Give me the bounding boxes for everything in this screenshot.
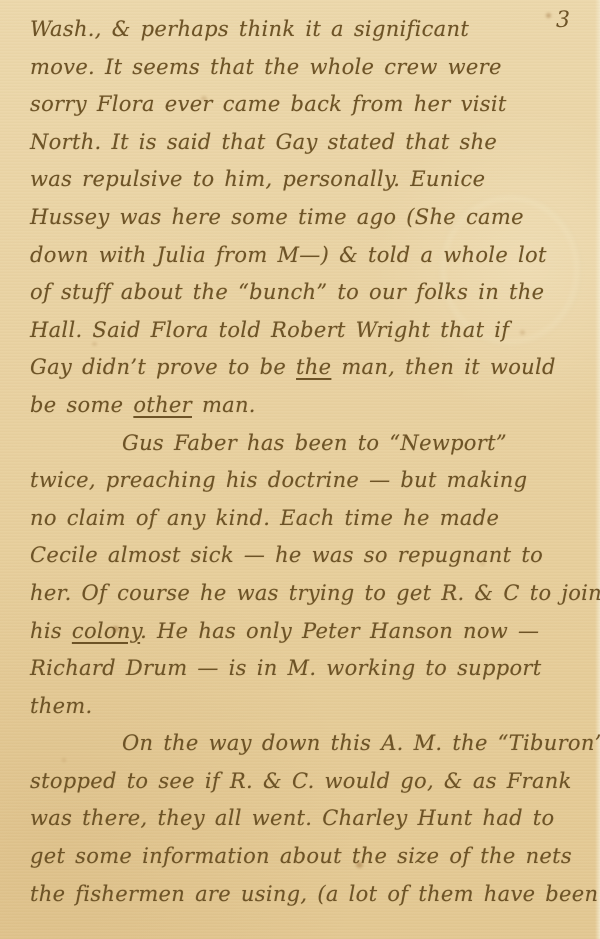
letter-line: stopped to see if R. & C. would go, & as…: [30, 763, 588, 801]
line-text: move. It seems that the whole crew were: [30, 55, 502, 79]
line-text: the fishermen are using, (a lot of them …: [30, 882, 598, 906]
letter-line: Richard Drum — is in M. working to suppo…: [30, 650, 588, 688]
letter-line: down with Julia from M—) & told a whole …: [30, 237, 588, 275]
line-text: Gay didn’t prove to be: [30, 355, 296, 379]
line-text: . He has only Peter Hanson now —: [140, 619, 539, 643]
letter-lines: Wash., & perhaps think it a significantm…: [30, 11, 588, 913]
line-text: of stuff about the “bunch” to our folks …: [30, 280, 544, 304]
line-text: Hussey was here some time ago (She came: [30, 205, 524, 229]
line-text: his: [30, 619, 72, 643]
letter-line: his colony. He has only Peter Hanson now…: [30, 613, 588, 651]
letter-line: get some information about the size of t…: [30, 838, 588, 876]
letter-line: move. It seems that the whole crew were: [30, 49, 588, 87]
letter-line: Hussey was here some time ago (She came: [30, 199, 588, 237]
line-text: Gus Faber has been to “Newport”: [122, 431, 507, 455]
line-text: Richard Drum — is in M. working to suppo…: [30, 656, 542, 680]
line-text: get some information about the size of t…: [30, 844, 572, 868]
line-text: man, then it would: [331, 355, 555, 379]
line-text: Hall. Said Flora told Robert Wright that…: [30, 318, 509, 342]
letter-line: her. Of course he was trying to get R. &…: [30, 575, 588, 613]
line-text: down with Julia from M—) & told a whole …: [30, 243, 547, 267]
letter-line: Gay didn’t prove to be the man, then it …: [30, 349, 588, 387]
underlined-word: colony: [72, 619, 140, 643]
letter-line: sorry Flora ever came back from her visi…: [30, 86, 588, 124]
line-text: no claim of any kind. Each time he made: [30, 506, 499, 530]
line-text: stopped to see if R. & C. would go, & as…: [30, 769, 572, 793]
underlined-word: other: [133, 393, 192, 417]
letter-line: Hall. Said Flora told Robert Wright that…: [30, 312, 588, 350]
letter-line: Wash., & perhaps think it a significant: [30, 11, 588, 49]
line-text: man.: [192, 393, 256, 417]
line-text: North. It is said that Gay stated that s…: [30, 130, 497, 154]
line-text: was repulsive to him, personally. Eunice: [30, 167, 485, 191]
underlined-word: the: [296, 355, 331, 379]
letter-line: no claim of any kind. Each time he made: [30, 500, 588, 538]
letter-line: North. It is said that Gay stated that s…: [30, 124, 588, 162]
letter-line: was there, they all went. Charley Hunt h…: [30, 800, 588, 838]
line-text: twice, preaching his doctrine — but maki…: [30, 468, 527, 492]
letter-line: Gus Faber has been to “Newport”: [30, 425, 588, 463]
line-text: On the way down this A. M. the “Tiburon”: [122, 731, 600, 755]
letter-line: be some other man.: [30, 387, 588, 425]
line-text: be some: [30, 393, 133, 417]
letter-line: Cecile almost sick — he was so repugnant…: [30, 537, 588, 575]
letter-line: them.: [30, 688, 588, 726]
letter-line: the fishermen are using, (a lot of them …: [30, 876, 588, 914]
line-text: them.: [30, 694, 92, 718]
line-text: was there, they all went. Charley Hunt h…: [30, 806, 555, 830]
line-text: her. Of course he was trying to get R. &…: [30, 581, 600, 605]
line-text: Wash., & perhaps think it a significant: [30, 17, 469, 41]
line-text: Cecile almost sick — he was so repugnant…: [30, 543, 543, 567]
line-text: sorry Flora ever came back from her visi…: [30, 92, 507, 116]
letter-line: was repulsive to him, personally. Eunice: [30, 161, 588, 199]
letter-line: On the way down this A. M. the “Tiburon”: [30, 725, 588, 763]
letter-line: twice, preaching his doctrine — but maki…: [30, 462, 588, 500]
letter-line: of stuff about the “bunch” to our folks …: [30, 274, 588, 312]
